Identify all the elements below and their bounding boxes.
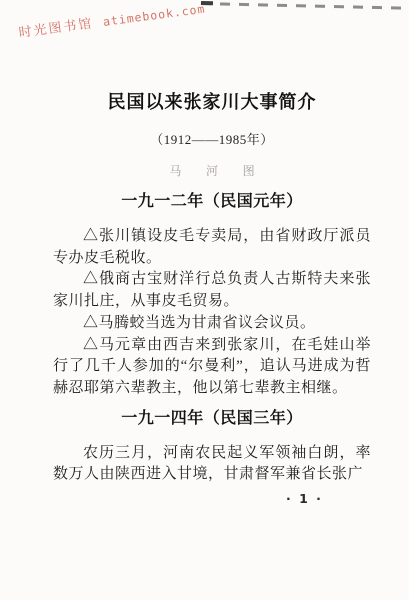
- author-name: 马 河 图: [53, 163, 371, 179]
- section-year-heading: 一九一四年（民国三年）: [53, 408, 371, 429]
- scanned-book-page: 时光图书馆 atimebook.com 民国以来张家川大事简介 （1912——1…: [0, 0, 409, 600]
- section-year-heading: 一九一二年（民国元年）: [53, 191, 371, 212]
- sections-container: 一九一二年（民国元年）△张川镇设皮毛专卖局，由省财政厅派员专办皮毛税收。△俄商古…: [53, 191, 371, 486]
- chronicle-paragraph: △马元章由西吉来到张家川，在毛娃山举行了几千人参加的“尔曼利”，追认马进成为哲赫…: [53, 335, 371, 400]
- date-range-subtitle: （1912——1985年）: [53, 131, 371, 148]
- watermark-site-url: atimebook.com: [102, 2, 206, 29]
- page-number: · 1 ·: [286, 491, 323, 506]
- chronicle-paragraph: △张川镇设皮毛专卖局，由省财政厅派员专办皮毛税收。: [53, 226, 371, 269]
- chronicle-paragraph: △俄商古宝财洋行总负责人古斯特夫来张家川扎庄，从事皮毛贸易。: [53, 269, 371, 312]
- chronicle-paragraph: 农历三月，河南农民起义军领袖白朗，率数万人由陕西进入甘境，甘肃督军兼省长张广: [53, 443, 371, 486]
- chronicle-section: 一九一二年（民国元年）△张川镇设皮毛专卖局，由省财政厅派员专办皮毛税收。△俄商古…: [53, 191, 371, 400]
- page-title: 民国以来张家川大事简介: [53, 92, 371, 112]
- page-content: 民国以来张家川大事简介 （1912——1985年） 马 河 图 一九一二年（民国…: [53, 92, 371, 486]
- chronicle-section: 一九一四年（民国三年）农历三月，河南农民起义军领袖白朗，率数万人由陕西进入甘境，…: [53, 408, 371, 486]
- library-watermark: 时光图书馆 atimebook.com: [17, 0, 238, 42]
- watermark-library-name: 时光图书馆: [18, 15, 94, 40]
- chronicle-paragraph: △马腾蛟当选为甘肃省议会议员。: [53, 313, 371, 335]
